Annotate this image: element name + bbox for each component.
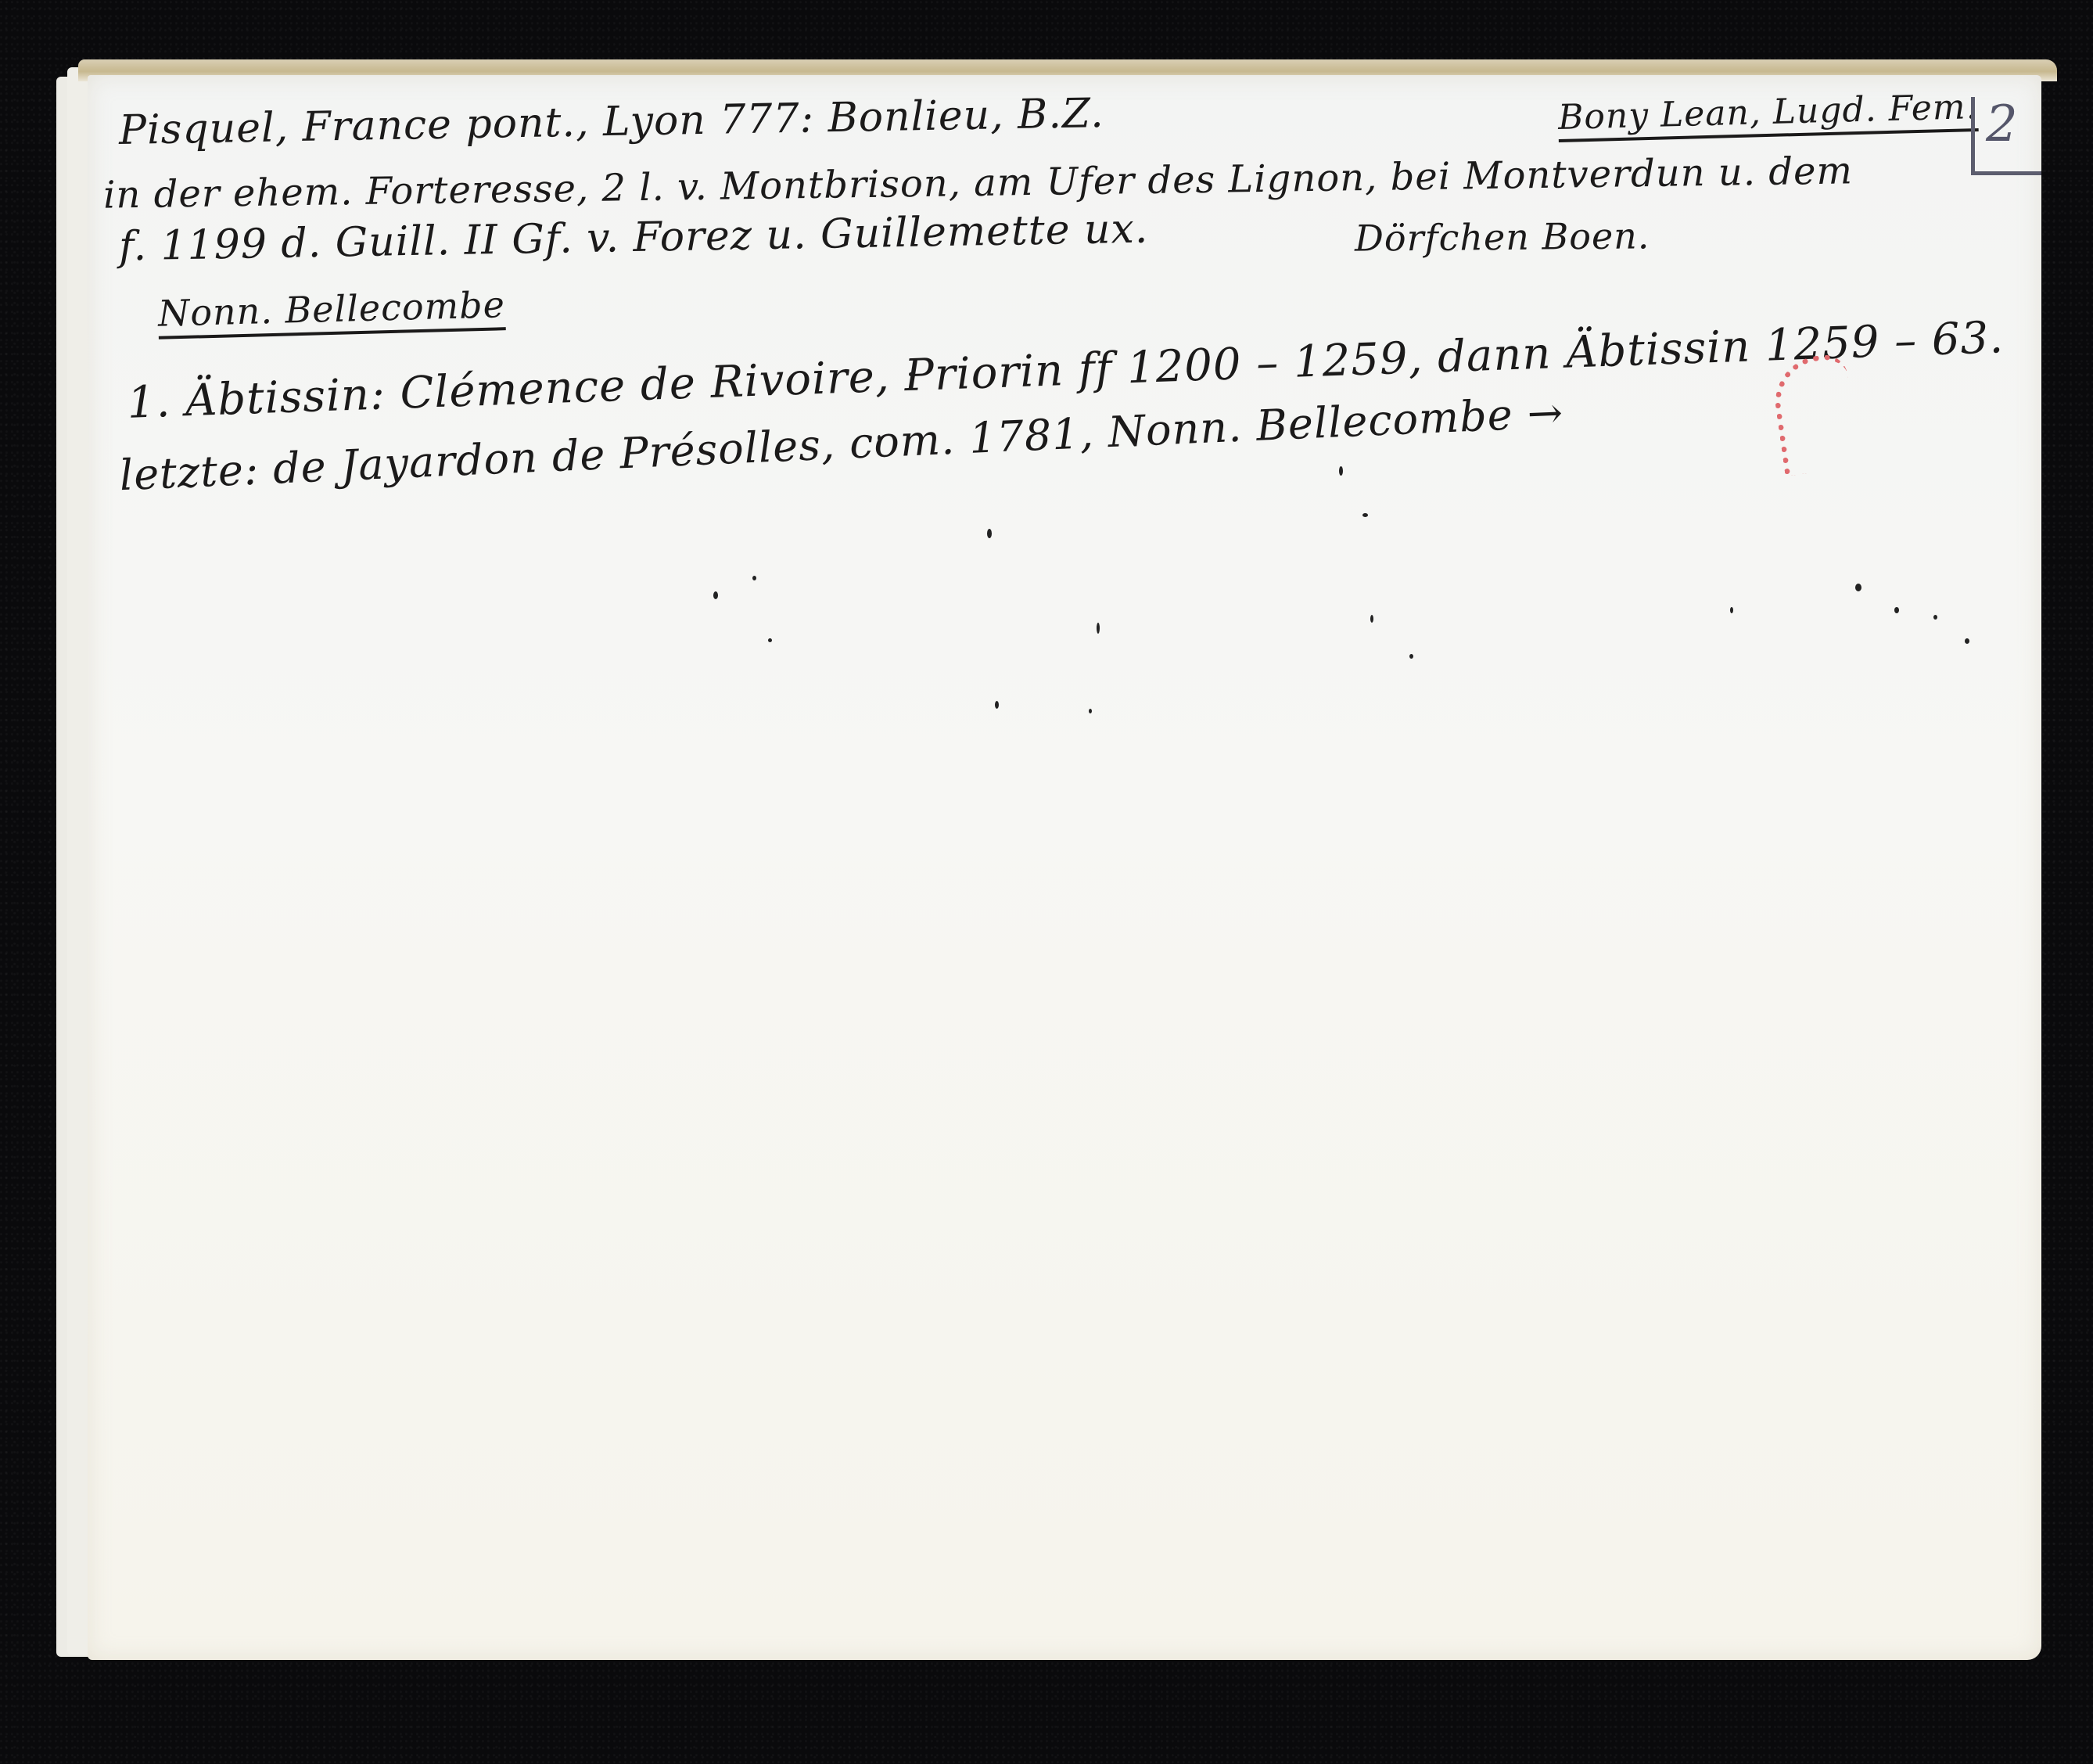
founding-line: f. 1199 d. Guill. II Gf. v. Forez u. Gui… <box>119 206 1149 271</box>
subheading-line: Nonn. Bellecombe <box>157 283 505 335</box>
page-number: 2 <box>1971 97 2041 175</box>
reference-note: Bony Lean, Lugd. Fem. <box>1557 87 1978 138</box>
card-text-line-2b: Dörfchen Boen. <box>1355 214 1650 259</box>
location-continuation: Dörfchen Boen. <box>1355 214 1650 259</box>
card-text-line-4: Nonn. Bellecombe <box>157 283 505 340</box>
page-number-value: 2 <box>1986 95 2018 153</box>
index-card: Pisquel, France pont., Lyon 777: Bonlieu… <box>88 75 2041 1660</box>
card-text-line-2: in der ehem. Forteresse, 2 l. v. Montbri… <box>103 149 1854 217</box>
card-text-reference: Bony Lean, Lugd. Fem. <box>1557 87 1978 142</box>
card-text-line-1: Pisquel, France pont., Lyon 777: Bonlieu… <box>119 90 1105 154</box>
heading-line: Pisquel, France pont., Lyon 777: Bonlieu… <box>119 90 1105 154</box>
card-text-line-3: f. 1199 d. Guill. II Gf. v. Forez u. Gui… <box>119 206 1149 271</box>
location-line: in der ehem. Forteresse, 2 l. v. Montbri… <box>103 149 1854 217</box>
